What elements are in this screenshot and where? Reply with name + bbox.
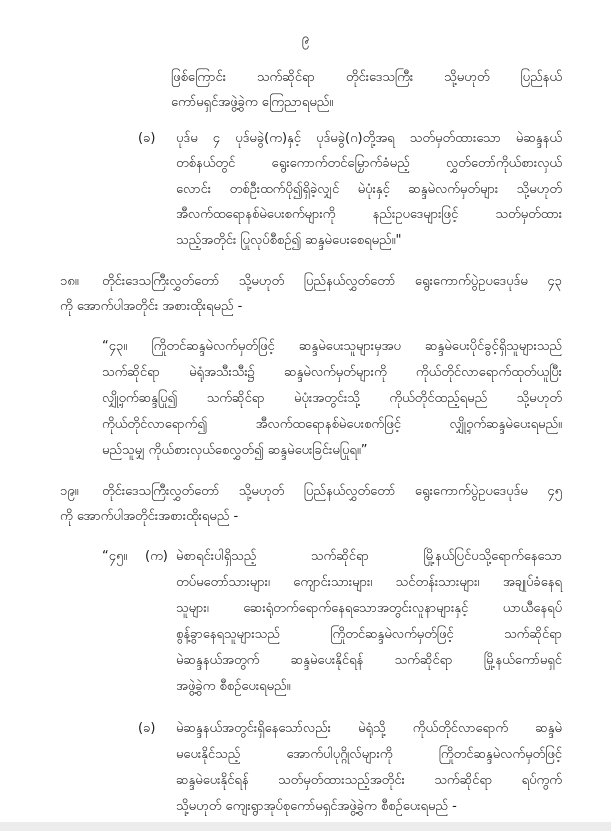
paragraph-line: ကိုယ်တိုင်လာရောက်၍ အီလက်ထရောနစ်မဲပေးစက်ဖ… xyxy=(102,416,562,434)
section-label: ၁၈။ xyxy=(60,273,79,291)
paragraph-line: ကော်မရှင်အဖွဲ့ခွဲက ကြေညာရမည်။ xyxy=(171,94,333,112)
paragraph-line: တပ်မတော်သားများ၊ ကျောင်းသားများ၊ သင်တန်း… xyxy=(176,574,562,592)
paragraph-line: သူများ၊ ဆေးရုံတက်ရောက်နေရသောအတွင်းလူနာမျ… xyxy=(176,600,562,618)
section-label: ၁၉။ xyxy=(60,483,79,501)
paragraph-line: မဲဆန္ဒနယ်အတွင်းရှိနေသော်လည်း မဲရုံသို့ က… xyxy=(176,720,562,738)
paragraph-line: သို့မဟုတ် ကျေးရွာအုပ်စုကော်မရှင်အဖွဲ့ခွဲ… xyxy=(176,798,457,816)
paragraph-line: မပေးနိုင်သည့် အောက်ပါပုဂ္ဂိုလ်များကို ကြ… xyxy=(176,746,562,764)
page-number: ၉ xyxy=(0,29,611,50)
paragraph-line: မဲစာရင်းပါရှိသည့် သက်ဆိုင်ရာ မြို့နယ်ပြင… xyxy=(176,548,562,566)
paragraph-line: တိုင်းဒေသကြီးလွှတ်တော် သို့မဟုတ် ပြည်နယ်… xyxy=(102,273,562,291)
page-bottom-edge xyxy=(0,822,611,831)
section-label: “၄၅။ xyxy=(102,548,127,566)
document-page: ၉ ဖြစ်ကြောင်း သက်ဆိုင်ရာ တိုင်းဒေသကြီး သ… xyxy=(0,0,611,822)
paragraph-line: ဖြစ်ကြောင်း သက်ဆိုင်ရာ တိုင်းဒေသကြီး သို… xyxy=(171,69,562,87)
paragraph-line: အီလက်ထရောနစ်မဲပေးစက်များကို နည်းဥပဒေများ… xyxy=(176,206,562,224)
paragraph-line: မည်သူမျှ ကိုယ်စားလှယ်စေလွှတ်၍ ဆန္ဒမဲပေးခ… xyxy=(102,442,368,460)
paragraph-line: စွန့်ခွာနေရသူများသည် ကြိုတင်ဆန္ဒမဲလက်မှတ… xyxy=(176,626,562,644)
clause-label: (ခ) xyxy=(138,720,155,738)
paragraph-line: ကို အောက်ပါအတိုင်း အစားထိုးရမည် - xyxy=(60,298,242,316)
paragraph-line: တိုင်းဒေသကြီးလွှတ်တော် သို့မဟုတ် ပြည်နယ်… xyxy=(102,483,562,501)
paragraph-line: သည့်အတိုင်း ပြုလုပ်စီစဉ်၍ ဆန္ဒမဲပေးစေရမည… xyxy=(176,232,402,250)
paragraph-line: တစ်နယ်တွင် ရွေးကောက်တင်မြှောက်ခံမည့် လွှ… xyxy=(176,155,562,173)
paragraph-line: သက်ဆိုင်ရာ မဲရုံအသီးသီး၌ ဆန္ဒမဲလက်မှတ်မျ… xyxy=(102,364,562,382)
paragraph-line: “၄၃။ ကြိုတင်ဆန္ဒမဲလက်မှတ်ဖြင့် ဆန္ဒမဲပေး… xyxy=(102,338,562,356)
paragraph-line: လျှို့ဝှက်ဆန္ဒပြု၍ သက်ဆိုင်ရာ မဲပုံးအတွင… xyxy=(102,390,562,408)
paragraph-line: ဆန္ဒမဲပေးနိုင်ရန် သတ်မှတ်ထားသည့်အတိုင်း … xyxy=(176,772,562,790)
paragraph-line: ပုဒ်မ ၄ ပုဒ်မခွဲ(က)နှင့် ပုဒ်မခွဲ(ဂ)တို့… xyxy=(176,130,562,148)
paragraph-line: အဖွဲ့ခွဲက စီစဉ်ပေးရမည်။ xyxy=(176,678,291,696)
clause-label: (က) xyxy=(145,548,168,566)
paragraph-line: မဲဆန္ဒနယ်အတွက် ဆန္ဒမဲပေးနိုင်ရန် သက်ဆိုင… xyxy=(176,652,562,670)
paragraph-line: ကို အောက်ပါအတိုင်းအစားထိုးရမည် - xyxy=(60,508,238,526)
paragraph-line: လောင်း တစ်ဦးထက်ပို၍ရှိခဲ့လျှင် မဲပုံးနှင… xyxy=(176,181,562,199)
clause-label: (ခ) xyxy=(138,130,155,148)
